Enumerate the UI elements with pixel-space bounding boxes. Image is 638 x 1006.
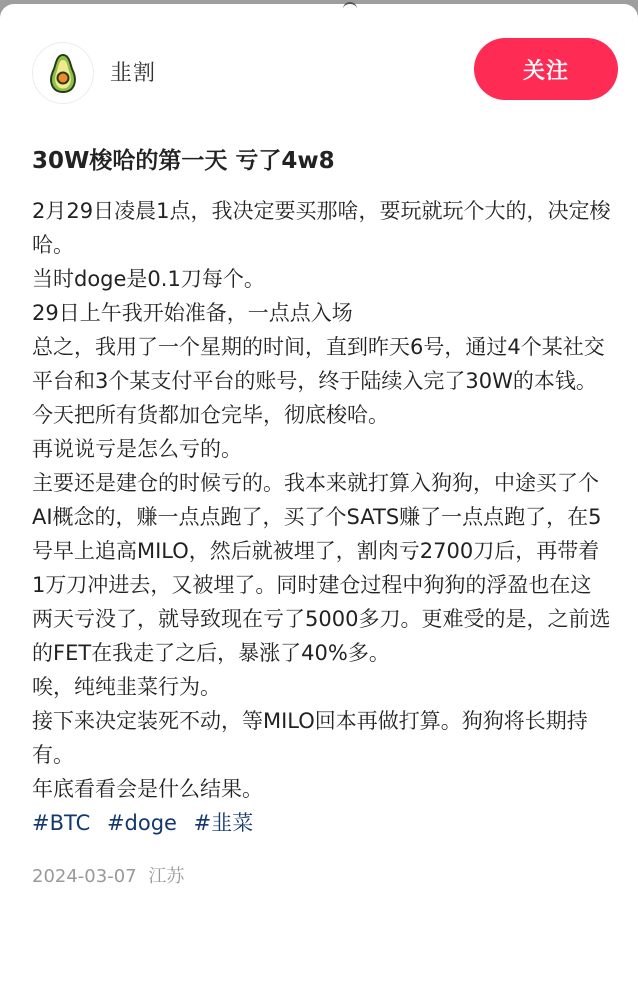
post-card: 韭割 关注 30W梭哈的第一天 亏了4w8 2月29日凌晨1点，我决定要买那啥，…: [0, 4, 638, 1006]
post-title: 30W梭哈的第一天 亏了4w8: [32, 144, 612, 178]
tag-doge[interactable]: #doge: [107, 811, 177, 835]
post-meta: 2024-03-07 江苏: [32, 862, 612, 888]
post-paragraph: 接下来决定装死不动，等MILO回本再做打算。狗狗将长期持有。: [32, 704, 612, 772]
post-paragraph: 年底看看会是什么结果。: [32, 772, 612, 806]
post-content: 30W梭哈的第一天 亏了4w8 2月29日凌晨1点，我决定要买那啥，要玩就玩个大…: [32, 144, 612, 888]
tag-jiucai[interactable]: #韭菜: [194, 811, 254, 835]
post-header: 韭割 关注: [0, 4, 638, 134]
post-body: 2月29日凌晨1点，我决定要买那啥，要玩就玩个大的，决定梭哈。 当时doge是0…: [32, 194, 612, 806]
author-name[interactable]: 韭割: [110, 56, 156, 87]
avocado-icon: [49, 53, 77, 93]
post-paragraph: 当时doge是0.1刀每个。: [32, 262, 612, 296]
post-paragraph: 唉，纯纯韭菜行为。: [32, 670, 612, 704]
tag-btc[interactable]: #BTC: [32, 811, 90, 835]
post-paragraph: 主要还是建仓的时候亏的。我本来就打算入狗狗，中途买了个AI概念的，赚一点点跑了，…: [32, 466, 612, 670]
post-paragraph: 再说说亏是怎么亏的。: [32, 432, 612, 466]
post-paragraph: 总之，我用了一个星期的时间，直到昨天6号，通过4个某社交平台和3个某支付平台的账…: [32, 330, 612, 432]
post-paragraph: 2月29日凌晨1点，我决定要买那啥，要玩就玩个大的，决定梭哈。: [32, 194, 612, 262]
post-paragraph: 29日上午我开始准备，一点点入场: [32, 296, 612, 330]
follow-button[interactable]: 关注: [474, 38, 618, 100]
post-location: 江苏: [148, 866, 184, 887]
avatar[interactable]: [32, 42, 94, 104]
tag-list: #BTC #doge #韭菜: [32, 806, 612, 840]
post-date: 2024-03-07: [32, 866, 137, 887]
